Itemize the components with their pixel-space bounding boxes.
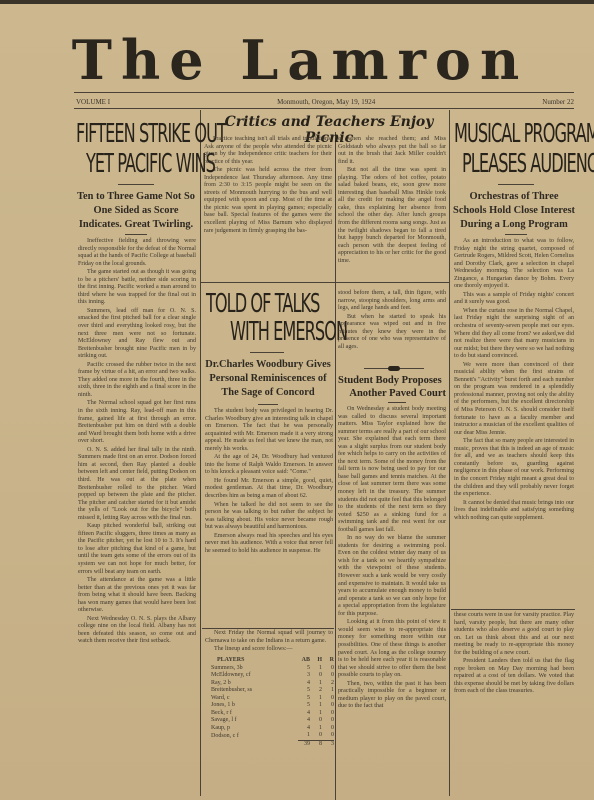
paragraph: The attendance at the game was a little … — [78, 577, 196, 615]
divider — [498, 184, 534, 185]
paragraph: Ineffective fielding and throwing were d… — [78, 238, 196, 268]
paragraph: Next Wednesday O. N. S. plays the Albany… — [78, 616, 196, 646]
article-body-continued: stood before them, a tall, thin figure, … — [338, 290, 446, 351]
dateline: Monmouth, Oregon, May 19, 1924 — [277, 98, 375, 106]
box-score-table: PLAYERS AB H R Summers, 3b510 McEldowney… — [211, 657, 334, 749]
article-body-continued: es when she reached them; and Miss Golds… — [338, 136, 446, 265]
paragraph: But when he started to speak his appeara… — [338, 314, 446, 352]
column-divider — [335, 282, 336, 800]
masthead-rule — [74, 92, 574, 93]
top-edge — [0, 0, 594, 4]
paragraph: In no way do we blame the summer student… — [338, 535, 446, 618]
table-row: Jones, 1 b510 — [211, 702, 334, 710]
newspaper-page: The Lamron VOLUME I Monmouth, Oregon, Ma… — [0, 0, 594, 800]
paragraph: Pacific crossed the rubber twice in the … — [78, 362, 196, 400]
table-row: Summers, 3b510 — [211, 665, 334, 673]
paragraph: But not all the time was spent in playin… — [338, 167, 446, 265]
article-body: On Wednesday a student body meeting was … — [338, 406, 446, 711]
paragraph: es when she reached them; and Miss Golds… — [338, 136, 446, 166]
table-row: Breitenbusher, ss521 — [211, 687, 334, 695]
divider — [505, 234, 527, 235]
paragraph: We were more than convinced of their mus… — [454, 362, 574, 437]
paragraph: Summers, lead off man for O. N. S. smack… — [78, 308, 196, 361]
paragraph: Emerson always read his speeches and his… — [205, 533, 333, 556]
table-row: Kaup, p410 — [211, 725, 334, 733]
column-divider — [449, 110, 450, 796]
paragraph: Next Friday the Normal squad will journe… — [205, 630, 333, 645]
table-row: Ray, 2 b412 — [211, 680, 334, 688]
paragraph: He found Mr. Emerson a simple, good, qui… — [205, 478, 333, 501]
paragraph: Practice teaching isn't all trials and t… — [204, 136, 332, 166]
section-rule — [451, 609, 575, 610]
subheadline: Dr.Charles Woodbury Gives Personal Remin… — [203, 358, 333, 400]
divider — [250, 352, 284, 353]
headline: YET PACIFIC WINS — [86, 150, 215, 179]
article-body: As an introduction to what was to follow… — [454, 238, 574, 522]
headline: WITH EMERSON — [230, 318, 347, 347]
subheadline: Ten to Three Game Not So One Sided as Sc… — [74, 190, 198, 232]
table-totals-row: 3983 — [211, 741, 334, 749]
paragraph: The game started out as though it was go… — [78, 269, 196, 307]
headline: MUSICAL PROGRAM — [454, 120, 594, 149]
paragraph: Then, two, within the past it has been p… — [338, 681, 446, 711]
divider — [388, 402, 406, 403]
paragraph: The Normal school squad got her first ru… — [78, 400, 196, 445]
issue-info: VOLUME I Monmouth, Oregon, May 19, 1924 … — [76, 98, 574, 106]
table-row: Ward, c510 — [211, 695, 334, 703]
section-rule — [202, 628, 334, 629]
header-bottom-rule — [74, 108, 574, 109]
paragraph: Looking at it from this point of view it… — [338, 619, 446, 679]
article-body-continued: these courts were in use for varsity pra… — [454, 612, 574, 696]
paragraph: The fact that so many people are interes… — [454, 438, 574, 498]
headline: Student Body Proposes Another Paved Cour… — [338, 374, 446, 400]
paragraph: On Wednesday a student body meeting was … — [338, 406, 446, 534]
paragraph: When the curtain rose in the Normal Chap… — [454, 308, 574, 361]
headline: PLEASES AUDIENCE — [462, 150, 594, 179]
headline: TOLD OF TALKS — [206, 290, 319, 319]
table-row: McEldowney, cf300 — [211, 672, 334, 680]
article-body: The student body was privileged in heari… — [205, 408, 333, 555]
paragraph: The picnic was held across the river fro… — [204, 167, 332, 235]
paragraph: The lineup and score follows:— — [205, 646, 333, 654]
lineup-intro: Next Friday the Normal squad will journe… — [205, 630, 333, 654]
paragraph: It cannot be denied that music brings in… — [454, 500, 574, 523]
table-header: PLAYERS AB H R — [211, 657, 334, 665]
paragraph: As an introduction to what was to follow… — [454, 238, 574, 291]
article-body: Practice teaching isn't all trials and t… — [204, 136, 332, 235]
paragraph: Kaup pitched wonderful ball, striking ou… — [78, 523, 196, 576]
paragraph: The student body was privileged in heari… — [205, 408, 333, 453]
paragraph: these courts were in use for varsity pra… — [454, 612, 574, 657]
column-divider — [335, 132, 336, 282]
divider — [125, 234, 147, 235]
divider — [258, 404, 278, 405]
ornament-divider — [364, 366, 424, 372]
paragraph: This was a sample of Friday nights' conc… — [454, 292, 574, 307]
paragraph: stood before them, a tall, thin figure, … — [338, 290, 446, 313]
column-divider — [200, 110, 201, 796]
issue-number: Number 22 — [542, 98, 574, 106]
paragraph: President Landers then told us that the … — [454, 658, 574, 696]
section-rule — [200, 282, 449, 283]
paragraph: When he talked he did not seem to see th… — [205, 502, 333, 532]
masthead-title: The Lamron — [60, 30, 540, 90]
article-body: Ineffective fielding and throwing were d… — [78, 238, 196, 646]
table-row: Dodson, c f100 — [211, 732, 334, 740]
divider — [118, 184, 154, 185]
subheadline: Orchestras of Three Schools Hold Close I… — [452, 190, 576, 232]
paragraph: O. N. S. added her final tally in the ni… — [78, 447, 196, 522]
volume-label: VOLUME I — [76, 98, 110, 106]
table-row: Savage, l f400 — [211, 717, 334, 725]
paragraph: At the age of 24, Dr. Woodbury had ventu… — [205, 454, 333, 477]
